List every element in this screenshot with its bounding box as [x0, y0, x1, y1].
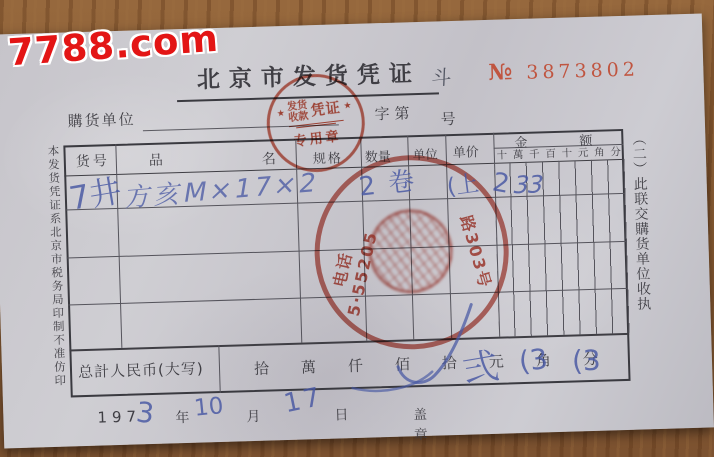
seal-here-label: 盖章	[413, 403, 432, 444]
amount-digit: 千	[526, 147, 543, 161]
amount-digit: 十	[559, 146, 576, 160]
stamp-words-stacked: 发货 收款	[287, 100, 309, 124]
hw-unit-price: (上	[445, 165, 481, 202]
serial-number: 3873802	[526, 58, 639, 83]
year-prefix: 197	[97, 407, 141, 426]
stamp-phone-arc: 电话5·55205	[321, 223, 381, 320]
col-header-name-left: 品	[149, 150, 164, 170]
col-header-price: 单价	[452, 141, 479, 161]
hao-label: 号	[440, 108, 456, 129]
day-label: 日	[334, 404, 349, 424]
purchaser-label: 購货单位	[67, 108, 136, 131]
hw-day: 17	[281, 382, 325, 419]
year-label: 年	[175, 407, 190, 427]
star-icon: ★	[276, 109, 285, 120]
amount-digit: 元	[575, 146, 592, 160]
hw-total-jiao: (3	[517, 342, 549, 378]
total-unit: 拾	[254, 357, 270, 378]
total-unit: 佰	[395, 353, 411, 374]
amount-digit: 十	[494, 148, 511, 162]
total-unit: 拾	[442, 351, 458, 372]
handwritten-mark-dou: 斗	[431, 61, 452, 91]
photo-stage: 7788.com 北京市发货凭证 斗 № 3873802 購货单位 字第 号 ★…	[0, 0, 714, 457]
amount-digit: 百	[542, 147, 559, 161]
amount-digit: 萬	[510, 148, 527, 162]
month-label: 月	[246, 406, 261, 426]
total-unit: 仟	[348, 354, 364, 375]
total-unit: 萬	[301, 356, 317, 377]
hw-total-fen: (3	[571, 344, 601, 378]
stamp-address-arc: 路303号	[455, 211, 498, 292]
star-icon: ★	[343, 101, 352, 112]
amount-digit: 分	[607, 145, 624, 159]
serial-number-block: № 3873802	[488, 55, 639, 85]
stamp-seal-label: 专用章	[293, 125, 343, 149]
total-label: 总計人民币(大写)	[78, 357, 204, 382]
stamp-word-pingzheng: 凭证	[310, 97, 342, 120]
serial-label: №	[488, 59, 513, 86]
hw-month: 10	[193, 393, 225, 422]
zi-di-label: 字第	[374, 102, 415, 124]
stamp-inner-text-smudge	[367, 208, 453, 294]
receipt-paper: 北京市发货凭证 斗 № 3873802 購货单位 字第 号 ★ 发货 收款 凭证…	[0, 14, 714, 449]
amount-digit: 角	[591, 145, 608, 159]
stamp-word-shoukuan: 收款	[288, 111, 309, 124]
right-margin-note: （二）此联交購货单位收执	[628, 131, 655, 381]
hw-item-no: 7井	[65, 166, 124, 220]
